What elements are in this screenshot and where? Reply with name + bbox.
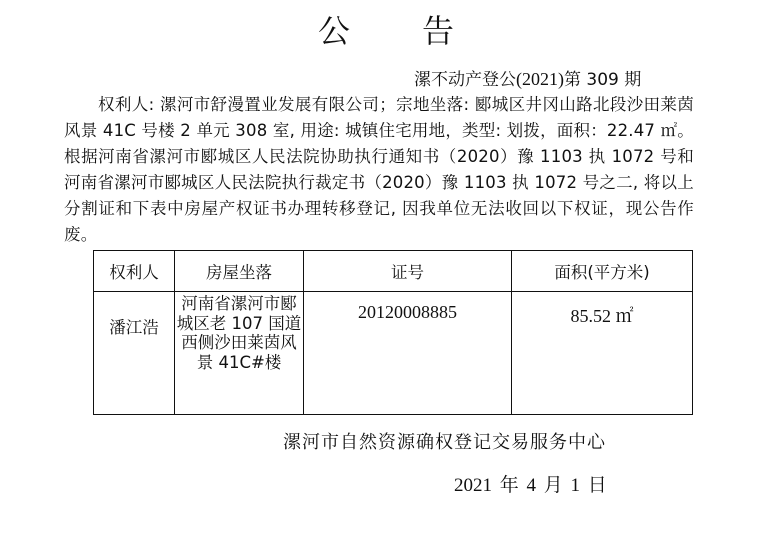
doc-number-suffix: 第 309 期 [564, 70, 641, 90]
cell-area: 85.52 ㎡ [512, 292, 693, 415]
header-owner: 权利人 [94, 251, 175, 292]
table-header-row: 权利人 房屋坐落 证号 面积(平方米) [94, 251, 693, 292]
notice-body: 权利人: 漯河市舒漫置业发展有限公司；宗地坐落: 郾城区井冈山路北段沙田莱茵风景… [64, 92, 694, 248]
issuer-signature: 漯河市自然资源确权登记交易服务中心 [283, 428, 606, 454]
certificate-table: 权利人 房屋坐落 证号 面积(平方米) 潘江浩 河南省漯河市郾城区老 107 国… [93, 250, 693, 415]
header-area: 面积(平方米) [512, 251, 693, 292]
header-address: 房屋坐落 [175, 251, 304, 292]
area-text: 85.52 ㎡ [512, 292, 692, 328]
table-row: 潘江浩 河南省漯河市郾城区老 107 国道西侧沙田莱茵风景 41C#楼 2012… [94, 292, 693, 415]
header-certificate-no: 证号 [304, 251, 512, 292]
title-char-2: 告 [422, 6, 454, 52]
cell-owner: 潘江浩 [94, 292, 175, 415]
title-char-1: 公 [318, 6, 350, 52]
doc-number-prefix: 漯不动产登公 [414, 70, 516, 90]
notice-title: 公告 [0, 6, 772, 52]
cell-certificate-no: 20120008885 [304, 292, 512, 415]
issue-date: 2021 年 4 月 1 日 [454, 470, 607, 497]
doc-number-year: (2021) [516, 69, 564, 89]
cell-address: 河南省漯河市郾城区老 107 国道西侧沙田莱茵风景 41C#楼 [175, 292, 304, 415]
document-number: 漯不动产登公(2021)第 309 期 [414, 65, 641, 90]
certificate-no-text: 20120008885 [304, 292, 511, 323]
address-text: 河南省漯河市郾城区老 107 国道西侧沙田莱茵风景 41C#楼 [175, 292, 303, 372]
